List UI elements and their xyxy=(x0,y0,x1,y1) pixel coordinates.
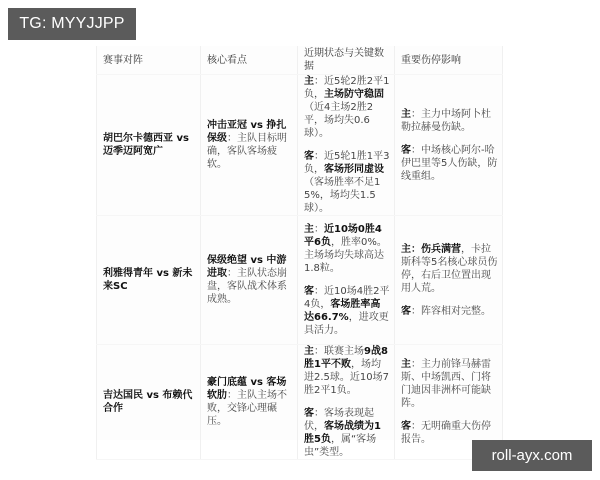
header-focus: 核心看点 xyxy=(201,46,298,75)
focus-cell: 冲击亚冠 vs 挣扎保级：主队目标明确，客队客场疲软。 xyxy=(201,75,298,216)
form-cell: 主：联赛主场9战8胜1平不败，场均进2.5球。近10场7胜2平1负。 客：客场表… xyxy=(298,345,395,460)
table-row: 吉达国民 vs 布赖代合作 豪门底蕴 vs 客场软肋：主队主场不败，交锋心理碾压… xyxy=(97,345,503,460)
matchup-cell: 吉达国民 vs 布赖代合作 xyxy=(97,345,201,460)
home-injury-text: ：主力前锋马赫雷斯、中场凯西、门将门迪因非洲杯可能缺阵。 xyxy=(401,359,491,409)
away-form: 客：近10场4胜2平4负，客场胜率高达66.7%，进攻更具活力。 xyxy=(304,285,390,337)
home-form-detail: （近4主场2胜2平，场均失0.6球）。 xyxy=(304,102,373,139)
home-injury-text: ：主力中场阿卜杜勒拉赫曼伤缺。 xyxy=(401,109,491,133)
home-label: 主 xyxy=(304,224,314,235)
home-injury: 主：伤兵满营，卡拉斯科等5名核心球员伤停，右后卫位置出现用人荒。 xyxy=(401,243,498,295)
away-injury-text: ：中场核心阿尔-哈伊巴里等5人伤缺，防线重组。 xyxy=(401,145,497,182)
away-label: 客 xyxy=(401,145,411,156)
matchup-text: 胡巴尔卡德西亚 vs 迈季迈阿宽广 xyxy=(103,133,189,157)
away-form: 客：客场表现起伏，客场战绩为1胜5负，属“客场虫”类型。 xyxy=(304,407,390,459)
home-injury: 主：主力前锋马赫雷斯、中场凯西、门将门迪因非洲杯可能缺阵。 xyxy=(401,358,498,410)
matchup-text: 利雅得青年 vs 新未来SC xyxy=(103,268,192,292)
table-row: 胡巴尔卡德西亚 vs 迈季迈阿宽广 冲击亚冠 vs 挣扎保级：主队目标明确，客队… xyxy=(97,75,503,216)
table-header-row: 赛事对阵 核心看点 近期状态与关键数据 重要伤停影响 xyxy=(97,46,503,75)
away-label: 客 xyxy=(304,286,314,297)
focus-cell: 豪门底蕴 vs 客场软肋：主队主场不败，交锋心理碾压。 xyxy=(201,345,298,460)
header-matchup: 赛事对阵 xyxy=(97,46,201,75)
form-cell: 主：近5轮2胜2平1负，主场防守稳固（近4主场2胜2平，场均失0.6球）。 客：… xyxy=(298,75,395,216)
matchup-text: 吉达国民 vs 布赖代合作 xyxy=(103,390,192,414)
watermark-tg: TG: MYYJJPP xyxy=(8,8,136,40)
home-label: 主 xyxy=(304,346,314,357)
matchup-cell: 利雅得青年 vs 新未来SC xyxy=(97,216,201,345)
home-form: 主：联赛主场9战8胜1平不败，场均进2.5球。近10场7胜2平1负。 xyxy=(304,345,390,397)
away-form-detail: （客场胜率不足15%，场均失1.5球）。 xyxy=(304,177,380,214)
away-form: 客：近5轮1胜1平3负，客场形同虚设（客场胜率不足15%，场均失1.5球）。 xyxy=(304,150,390,215)
header-recent-form: 近期状态与关键数据 xyxy=(298,46,395,75)
away-injury: 客：中场核心阿尔-哈伊巴里等5人伤缺，防线重组。 xyxy=(401,144,498,183)
away-label: 客 xyxy=(304,408,314,419)
focus-cell: 保级绝望 vs 中游进取：主队状态崩盘，客队战术体系成熟。 xyxy=(201,216,298,345)
home-label: 主 xyxy=(401,244,411,255)
away-injury-text: ：阵容相对完整。 xyxy=(411,306,491,317)
header-injuries: 重要伤停影响 xyxy=(395,46,503,75)
home-label: 主 xyxy=(401,359,411,370)
home-form: 主：近10场0胜4平6负，胜率0%。主场场均失球高达1.8粒。 xyxy=(304,223,390,275)
matchup-cell: 胡巴尔卡德西亚 vs 迈季迈阿宽广 xyxy=(97,75,201,216)
away-label: 客 xyxy=(304,151,314,162)
home-form-text: ： xyxy=(314,224,324,235)
table-row: 利雅得青年 vs 新未来SC 保级绝望 vs 中游进取：主队状态崩盘，客队战术体… xyxy=(97,216,503,345)
injury-cell: 主：主力中场阿卜杜勒拉赫曼伤缺。 客：中场核心阿尔-哈伊巴里等5人伤缺，防线重组… xyxy=(395,75,503,216)
watermark-site: roll-ayx.com xyxy=(472,440,592,471)
away-injury: 客：阵容相对完整。 xyxy=(401,305,498,318)
home-label: 主 xyxy=(401,109,411,120)
home-label: 主 xyxy=(304,76,314,87)
match-analysis-table: 赛事对阵 核心看点 近期状态与关键数据 重要伤停影响 胡巴尔卡德西亚 vs 迈季… xyxy=(96,46,502,440)
home-form: 主：近5轮2胜2平1负，主场防守稳固（近4主场2胜2平，场均失0.6球）。 xyxy=(304,75,390,140)
away-label: 客 xyxy=(401,421,411,432)
home-form-text: ：联赛主场 xyxy=(314,346,364,357)
injury-cell: 主：伤兵满营，卡拉斯科等5名核心球员伤停，右后卫位置出现用人荒。 客：阵容相对完… xyxy=(395,216,503,345)
home-injury: 主：主力中场阿卜杜勒拉赫曼伤缺。 xyxy=(401,108,498,134)
away-label: 客 xyxy=(401,306,411,317)
home-injury-highlight: 伤兵满营 xyxy=(421,244,461,255)
home-form-highlight: 主场防守稳固 xyxy=(324,89,384,100)
away-form-highlight: 客场形同虚设 xyxy=(324,164,384,175)
form-cell: 主：近10场0胜4平6负，胜率0%。主场场均失球高达1.8粒。 客：近10场4胜… xyxy=(298,216,395,345)
